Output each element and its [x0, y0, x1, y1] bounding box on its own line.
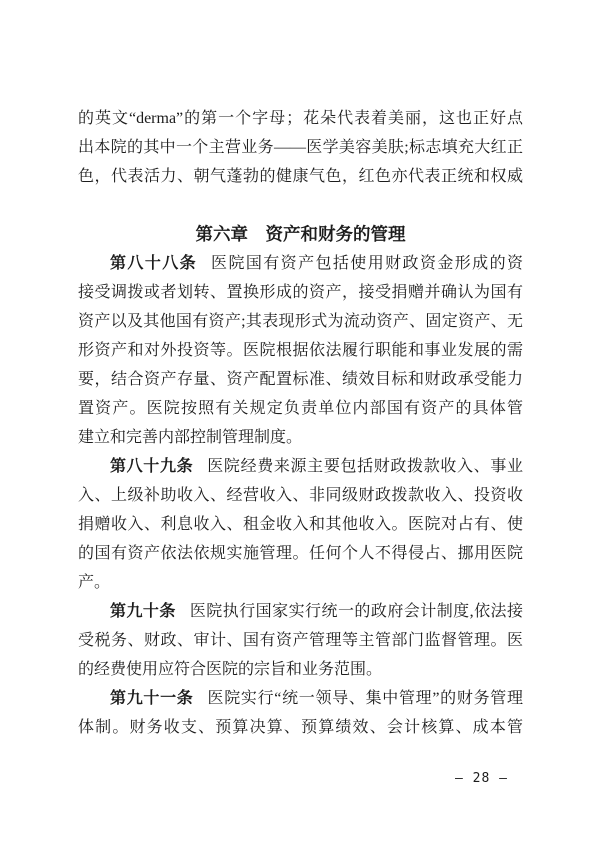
text-line: 接受调拨或者划转、置换形成的资产，接受捐赠并确认为国有的 — [78, 278, 523, 307]
text-line: 的经费使用应符合医院的宗旨和业务范围。 — [78, 655, 523, 684]
text-line: 资产以及其他国有资产;其表现形式为流动资产、固定资产、无 — [78, 307, 523, 336]
article-first-line: 第八十八条医院国有资产包括使用财政资金形成的资产， — [78, 249, 523, 278]
text-line: 出本院的其中一个主营业务——医学美容美肤;标志填充大红正 — [78, 133, 523, 162]
chapter-heading: 第六章 资产和财务的管理 — [78, 220, 523, 249]
text-line: 形资产和对外投资等。医院根据依法履行职能和事业发展的需 — [78, 336, 523, 365]
text-line: 体制。财务收支、预算决算、预算绩效、会计核算、成本管理、 — [78, 713, 523, 742]
text-line: 要，结合资产存量、资产配置标准、绩效目标和财政承受能力配 — [78, 365, 523, 394]
article-term: 第九十条 — [110, 603, 176, 620]
text-line: 产。 — [78, 568, 523, 597]
text-line: 的英文“derma”的第一个字母；花朵代表着美丽，这也正好点 — [78, 104, 523, 133]
text-line: 色，代表活力、朝气蓬勃的健康气色，红色亦代表正统和权威性。 — [78, 162, 523, 191]
article-first-line: 第八十九条医院经费来源主要包括财政拨款收入、事业收 — [78, 452, 523, 481]
text-line: 入、上级补助收入、经营收入、非同级财政拨款收入、投资收益、 — [78, 481, 523, 510]
article-first-line: 第九十一条医院实行“统一领导、集中管理”的财务管理 — [78, 684, 523, 713]
text-line: 受税务、财政、审计、国有资产管理等主管部门监督管理。医院 — [78, 626, 523, 655]
article-term: 第八十八条 — [110, 255, 197, 272]
article-first-line: 第九十条医院执行国家实行统一的政府会计制度,依法接 — [78, 597, 523, 626]
text-line: 置资产。医院按照有关规定负责单位内部国有资产的具体管理， — [78, 394, 523, 423]
article-text: 医院执行国家实行统一的政府会计制度,依法接 — [190, 603, 523, 620]
page-number: – 28 – — [455, 770, 508, 788]
page-body: 的英文“derma”的第一个字母；花朵代表着美丽，这也正好点 出本院的其中一个主… — [78, 104, 523, 742]
article-term: 第九十一条 — [110, 690, 194, 707]
article-text: 医院实行“统一领导、集中管理”的财务管理 — [208, 690, 523, 707]
text-line: 建立和完善内部控制管理制度。 — [78, 423, 523, 452]
document-page: 的英文“derma”的第一个字母；花朵代表着美丽，这也正好点 出本院的其中一个主… — [0, 0, 600, 848]
text-line: 的国有资产依法依规实施管理。任何个人不得侵占、挪用医院资 — [78, 539, 523, 568]
article-term: 第八十九条 — [110, 458, 193, 475]
text-line: 捐赠收入、利息收入、租金收入和其他收入。医院对占有、使用 — [78, 510, 523, 539]
